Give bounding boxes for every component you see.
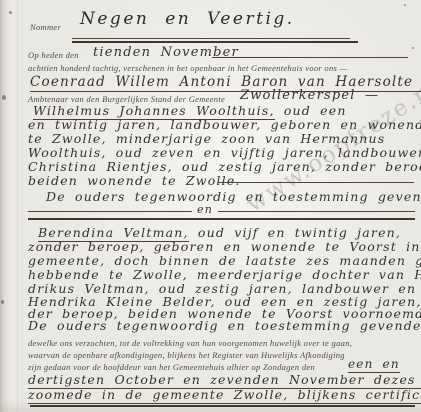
groom-consent: De ouders tegenwoordig en toestemming ge… xyxy=(46,189,421,204)
closing-clause-1: dewelke ons verzochten, tot de voltrekki… xyxy=(28,338,352,348)
closing-certificate: zoomede in de gemeente Zwolle, blijkens … xyxy=(28,387,421,402)
bride-consent: De ouders tegenwoordig en toestemming ge… xyxy=(28,318,421,333)
bride-line-2: zonder beroep, geboren en wonende te Voo… xyxy=(28,239,421,254)
scanned-marriage-act: www.oopfreze.nl Nommer Negen en Veertig.… xyxy=(0,0,421,412)
closing-dates-start: een en xyxy=(348,357,400,371)
municipality: Zwollerkerspel — xyxy=(240,88,379,103)
closing-dates-start-text: een en xyxy=(348,357,400,373)
paper-margin-line xyxy=(17,0,18,412)
bottom-rule xyxy=(30,405,415,407)
groom-line-1: Wilhelmus Johannes Woolthuis, oud een xyxy=(33,103,347,118)
act-number: Negen en Veertig. xyxy=(80,9,295,29)
bride-line-1-rest: oud vijf en twintig jaren, xyxy=(189,225,401,240)
closing-certificate-text: zoomede in de gemeente Zwolle, blijkens … xyxy=(28,387,421,404)
date-fill-rule xyxy=(212,57,408,58)
groom-line-4: Woolthuis, oud zeven en vijftig jaren, l… xyxy=(28,145,421,160)
groom-line-5: Christina Rientjes, oud zestig jaren, zo… xyxy=(28,159,421,174)
groom-line-3: te Zwolle, minderjarige zoon van Hermann… xyxy=(28,131,385,146)
divider-rule-right xyxy=(218,211,415,212)
bride-line-3: gemeente, doch binnen de laatste zes maa… xyxy=(28,253,421,268)
scan-speck xyxy=(1,300,4,304)
scan-speck xyxy=(9,11,12,14)
divider-en: en xyxy=(197,203,213,216)
header-rule-1 xyxy=(72,38,350,39)
closing-clause-2: waarvan de openbare afkondigingen, blijk… xyxy=(28,350,345,360)
scan-speck xyxy=(2,95,6,100)
bride-line-1: Berendina Veltman, oud vijf en twintig j… xyxy=(38,225,401,240)
closing-dates: dertigsten October en zevenden November … xyxy=(28,372,421,387)
bride-line-4: hebbende te Zwolle, meerderjarige dochte… xyxy=(28,267,421,282)
scan-speck xyxy=(412,47,414,49)
header-rule-2 xyxy=(72,41,358,43)
scan-speck xyxy=(404,4,406,6)
year-clause: achttien honderd tachtig, verschenen in … xyxy=(28,63,347,73)
date-label: Op heden den xyxy=(28,50,79,60)
groom-line-2: en twintig jaren, landbouwer, geboren en… xyxy=(28,117,421,132)
divider-rule-left xyxy=(28,211,192,212)
groom-fill-rule xyxy=(218,182,414,183)
closing-clause-3: zijn gedaan voor de hoofddeur van het Ge… xyxy=(28,362,315,372)
divider-rule-full xyxy=(28,218,415,220)
nommer-label: Nommer xyxy=(30,22,61,32)
groom-line-6: beiden wonende te Zwolle. xyxy=(28,173,241,188)
groom-line-1-rest: oud een xyxy=(275,103,347,118)
